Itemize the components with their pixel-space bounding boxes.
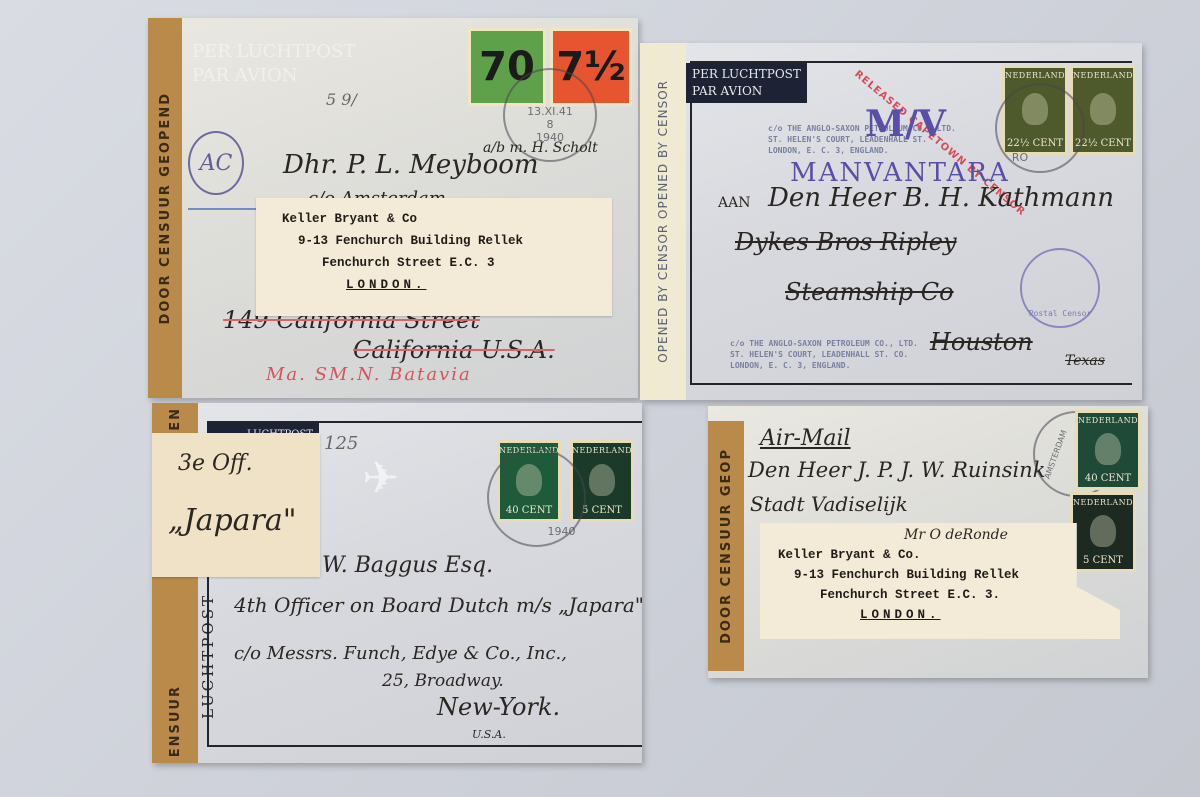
queen-portrait-icon [589,464,615,496]
censor-tape-text: DOOR CENSUUR GEOPEND [158,92,173,324]
address-line: California U.S.A. [353,336,555,364]
censor-tape: DOOR CENSUUR GEOP [708,421,744,671]
address-line: Den Heer J. P. J. W. Ruinsink [748,458,1045,482]
postal-censor-text: Postal Censor [1029,309,1092,318]
censor-tape-text: OPENED BY CENSOR OPENED BY CENSOR [656,80,670,363]
stamp-country: NEDERLAND [1073,71,1133,80]
typed-address-label: Mr O deRonde Keller Bryant & Co. 9-13 Fe… [760,523,1120,639]
faded-label-line: PER LUCHTPOST [192,40,355,64]
censor-mark-ac: AC [188,131,244,195]
company-print-bottom: c/o THE ANGLO-SAXON PETROLEUM CO., LTD. … [730,338,918,371]
stamp-country: NEDERLAND [1078,416,1138,425]
queen-portrait-icon [1090,93,1116,125]
address-line: a/b m. H. Scholt [483,140,598,156]
aan-label: AAN [718,195,750,211]
stamp-value: 40 CENT [1085,473,1131,484]
stamp-5-cent: NEDERLAND 5 CENT [1070,492,1136,572]
address-line: Dykes Bros Ripley [735,228,957,256]
censor-tape-text: ENSUUR [168,685,183,757]
label-line: 9-13 Fenchurch Building Rellek [272,230,596,252]
cover-bottom-left: EN GEO ENSUUR LUCHTPOST LUCHTPOST 3e Off… [152,403,642,763]
label-line: LONDON. [774,605,1106,625]
faded-label-line: PAR AVION [192,64,355,88]
note-line: „Japara" [168,503,297,538]
address-line: U.S.A. [472,728,506,741]
air-mail-note: Air-Mail [760,426,851,451]
queen-portrait-icon [1090,515,1116,547]
address-line: Texas [1065,353,1105,369]
postmark-text: AMSTERDAM [1043,428,1069,479]
cover-bottom-right: DOOR CENSUUR GEOP AMSTERDAM NEDERLAND 40… [708,406,1148,678]
stamp-40-cent: NEDERLAND 40 CENT [1075,410,1141,490]
address-line: W. Baggus Esq. [322,553,493,578]
censor-tape: DOOR CENSUUR GEOPEND [148,18,182,398]
address-line: New-York. [437,693,560,721]
company-line: LONDON, E. C. 3, ENGLAND. [768,145,956,156]
label-line: Keller Bryant & Co. [774,545,1106,565]
stamp-value: 5 CENT [1083,555,1123,566]
label-line: Keller Bryant & Co [272,208,596,230]
address-line: 4th Officer on Board Dutch m/s „Japara". [234,593,642,617]
postmark-time: 8 [547,118,554,131]
note-line: 3e Off. [178,451,253,476]
ship-mark: M/V [865,103,946,145]
postmark-date: 13.XI.41 [527,105,573,118]
address-line: c/o Messrs. Funch, Edye & Co., Inc., [234,643,567,664]
cover-top-left: DOOR CENSUUR GEOPEND PER LUCHTPOST PAR A… [148,18,638,398]
cover-top-right: OPENED BY CENSOR OPENED BY CENSOR PER LU… [640,43,1142,400]
stamp-value: 5 CENT [582,505,622,516]
stamp-country: NEDERLAND [1005,71,1065,80]
company-line: LONDON, E. C. 3, ENGLAND. [730,360,918,371]
address-line: Steamship Co [785,278,954,306]
airplane-watermark-icon: ✈ [362,453,422,503]
stamp-country: NEDERLAND [572,446,632,455]
postmark-year: 1940 [548,525,576,538]
luchtpost-side-label: LUCHTPOST [199,593,217,719]
typed-address-label: Keller Bryant & Co 9-13 Fenchurch Buildi… [256,198,612,316]
pencil-note: 5 9/ [326,90,357,109]
censor-tape-text: EN [168,407,183,431]
airmail-label-line: PER LUCHTPOST [692,66,801,83]
label-line: Fenchurch Street E.C. 3 [272,252,596,274]
postmark: 1940 [487,448,586,547]
faded-airmail-label: PER LUCHTPOST PAR AVION [192,40,355,88]
company-line: c/o THE ANGLO-SAXON PETROLEUM CO., LTD. [730,338,918,349]
label-line: Fenchurch Street E.C. 3. [774,585,1106,605]
red-pen-note: Ma. SM.N. Batavia [266,364,472,385]
postal-censor-circle: Postal Censor [1020,248,1100,328]
airmail-label-line: PAR AVION [692,83,801,100]
address-line: Houston [930,328,1033,356]
censor-tape: OPENED BY CENSOR OPENED BY CENSOR [640,43,686,400]
handwritten-note: 3e Off. „Japara" [152,433,320,577]
stamp-country: NEDERLAND [1073,498,1133,507]
postmark-text: RO [1012,151,1028,164]
queen-portrait-icon [1095,433,1121,465]
censor-tape-text: DOOR CENSUUR GEOP [719,448,734,644]
label-line: LONDON. [272,274,596,296]
address-line: 25, Broadway. [382,671,504,691]
label-line: 9-13 Fenchurch Building Rellek [774,565,1106,585]
censor-mark-text: AC [200,151,233,176]
address-line: Stadt Vadiselijk [750,492,908,516]
address-line: Den Heer B. H. Kathmann [768,183,1114,213]
company-line: ST. HELEN'S COURT, LEADENHALL ST. CO. [730,349,918,360]
pencil-note: 125 [324,433,358,454]
airmail-label: PER LUCHTPOST PAR AVION [686,63,807,103]
